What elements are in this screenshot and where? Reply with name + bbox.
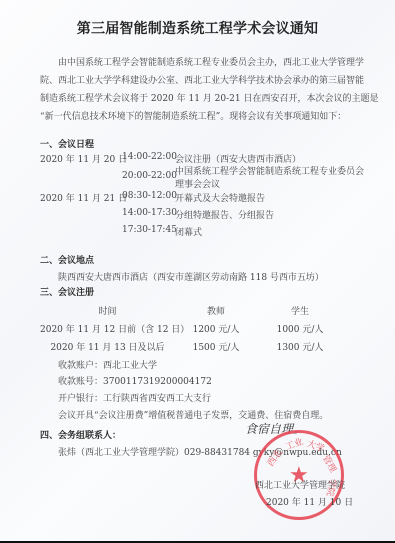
schedule-time: 20:00-22:00 [122,171,177,181]
registration-heading: 三、会议注册 [40,285,94,298]
stamp-text-fragment: 西北 [264,446,285,468]
registration-cell-time: 2020 年 11 月 13 日及以后 [40,340,175,353]
schedule-date: 2020 年 11 月 21 日 [40,191,127,204]
venue-address: 陕西西安大唐西市酒店（西安市莲湖区劳动南路 118 号西市五坊） [58,270,324,283]
stamp-text-fragment: 工业 [283,434,304,452]
schedule-time: 08:30-12:00 [122,191,177,201]
registration-col-teacher: 教师 [190,304,242,317]
schedule-event: 分组特邀报告、分组报告 [175,208,274,221]
registration-cell-student: 1000 元/人 [274,322,326,335]
registration-cell-teacher: 1200 元/人 [190,322,242,335]
schedule-event-cont: 理事会会议 [175,177,220,190]
stamp-text-fragment: 管理 [320,452,340,474]
registration-cell-student: 1300 元/人 [274,340,326,353]
intro-line-2: 院、西北工业大学学科建设办公室、西北工业大学科学技术协会承办的第三届智能 [40,73,364,86]
signature-org: 西北工业大学管理学院 [255,478,345,491]
venue-heading: 二、会议地点 [40,253,94,266]
registration-col-student: 学生 [274,304,326,317]
registration-col-time: 时间 [60,304,155,317]
intro-line-4: “新一代信息技术环境下的智能制造系统工程”。现将会议有关事项通知如下： [40,109,346,122]
schedule-heading: 一、会议日程 [40,137,94,150]
registration-cell-time: 2020 年 11 月 12 日前（含 12 日） [40,322,175,335]
schedule-event: 中国系统工程学会智能制造系统工程专业委员会 [175,164,364,177]
signature-date: 2020 年 11 月 10 日 [266,495,353,508]
stamp-text-fragment: 大学 [305,436,326,454]
schedule-time: 17:30-17:45 [122,225,177,235]
schedule-time: 14:00-17:30 [122,208,177,218]
registration-cell-teacher: 1500 元/人 [190,340,242,353]
document-page: 第三届智能制造系统工程学术会议通知 由中国系统工程学会智能制造系统工程专业委员会… [0,0,395,541]
schedule-event: 开幕式及大会特邀报告 [175,191,265,204]
schedule-event: 闭幕式 [175,225,202,238]
contact-heading: 四、会务组联系人： [40,428,121,441]
intro-line-3: 制造系统工程学术会议将于 2020 年 11 月 20-21 日在西安召开，本次… [40,91,378,104]
schedule-date: 2020 年 11 月 20 日 [40,152,127,165]
document-title: 第三届智能制造系统工程学术会议通知 [0,18,395,38]
schedule-time: 14:00-22:00 [122,152,177,162]
bank-name: 开户银行：工行陕西省西安西工大支行 [58,391,211,404]
account-number: 收款账号：3700117319200004172 [58,374,212,387]
intro-line-1: 由中国系统工程学会智能制造系统工程专业委员会主办，西北工业大学管理学 [58,55,364,68]
account-name: 收款账户：西北工业大学 [58,358,157,371]
